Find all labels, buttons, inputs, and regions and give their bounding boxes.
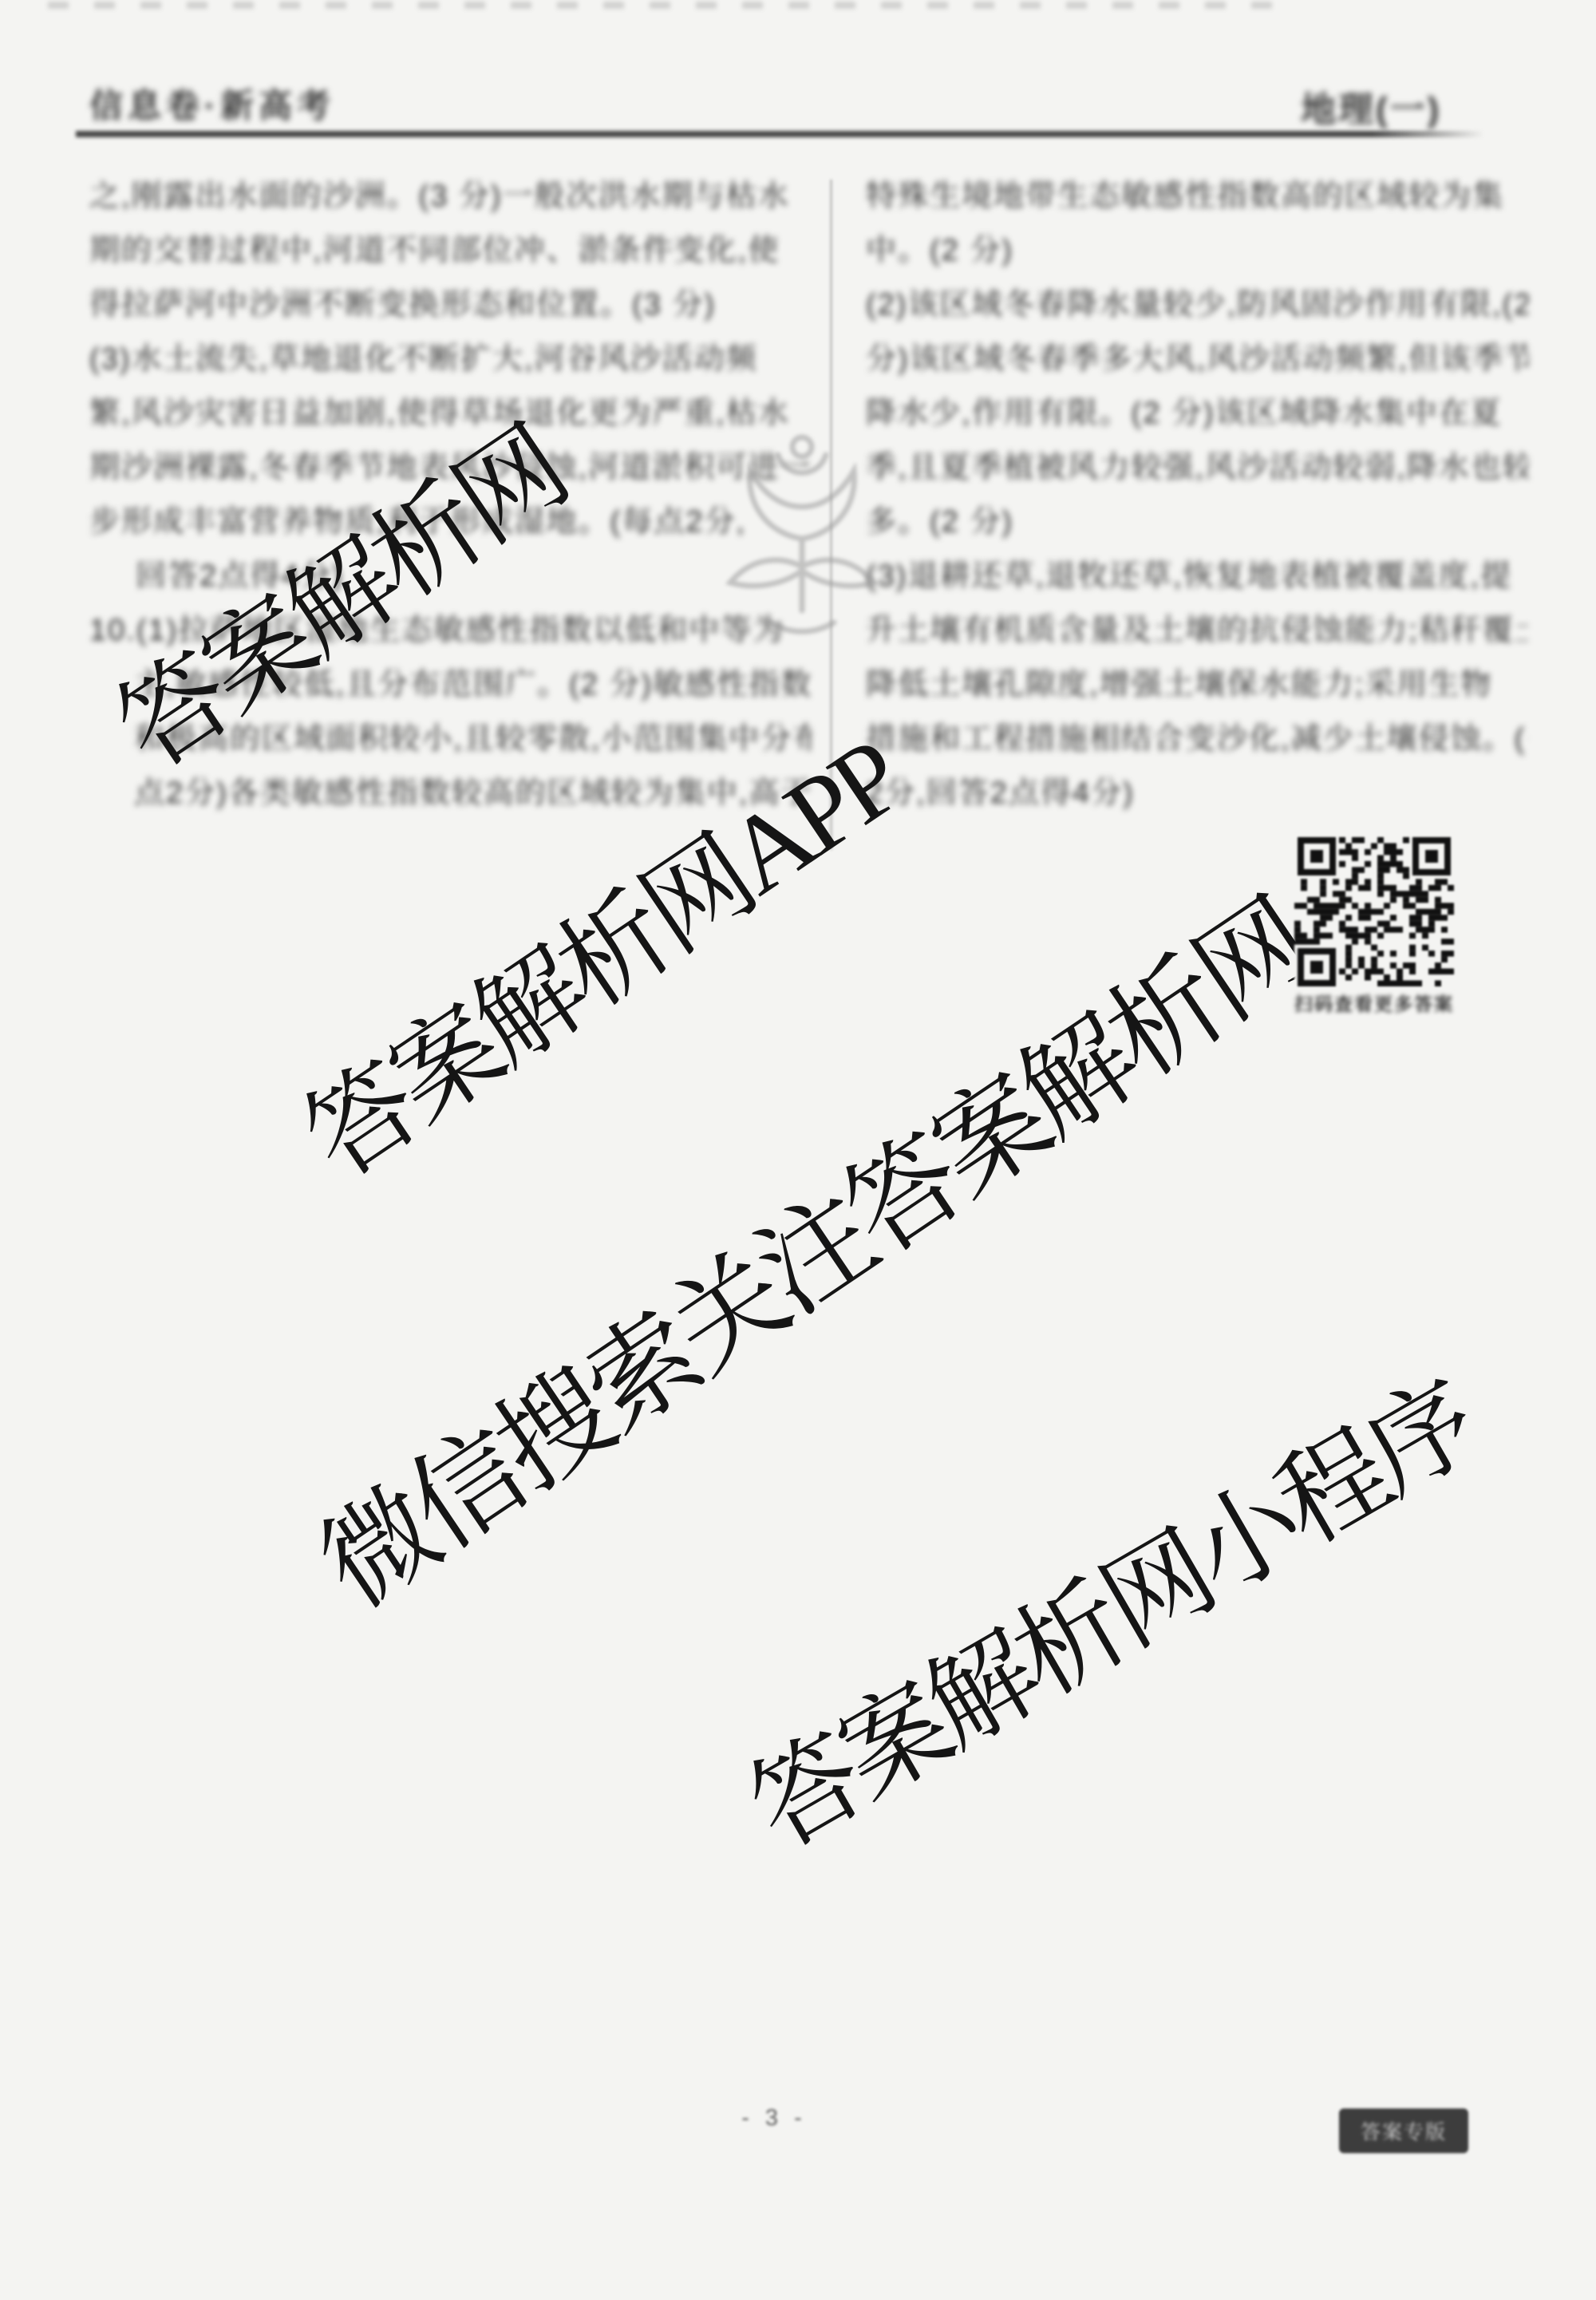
text-line: (3)退耕还草,退牧还草,恢复地表植被覆盖度,提 — [866, 549, 1528, 603]
text-line: 降水少,作用有限。(2 分)该区域降水集中在夏 — [866, 386, 1528, 441]
text-line: 特殊生境地带生态敏感性指数高的区域较为集 — [866, 169, 1528, 223]
footer-badge: 答案专版 — [1339, 2108, 1468, 2153]
footer-badge-label: 答案专版 — [1361, 2116, 1447, 2145]
text-line: (2)该区域冬春降水量较少,防风固沙作用有限,(2 — [866, 278, 1528, 332]
flower-crest-icon — [702, 423, 902, 646]
text-line: 措施和工程措施相结合变沙化,减少土壤侵蚀。(每点 — [866, 712, 1528, 766]
text-line: 分)该区域冬春季多大风,风沙活动频繁,但该季节 — [866, 332, 1528, 386]
text-line: 之,刚露出水面的沙洲。(3 分)一般次洪水期与枯水 — [89, 169, 812, 223]
answer-text-right-column: 特殊生境地带生态敏感性指数高的区域较为集 中。(2 分) (2)该区域冬春降水量… — [866, 169, 1528, 820]
text-line: 多。(2 分) — [866, 495, 1528, 549]
page-number: - 3 - — [718, 2105, 830, 2132]
scanned-answer-page: 信息卷·新高考 地理(一) 之,刚露出水面的沙洲。(3 分)一般次洪水期与枯水 … — [0, 0, 1596, 2300]
text-line: 季,且夏季植被风力较强,风沙活动较弱,降水也较 — [866, 441, 1528, 495]
text-line: 期的交替过程中,河道不同部位冲、淤条件变化,使 — [89, 223, 812, 278]
scan-artifact-strip — [48, 2, 1293, 9]
text-line: 2分,回答2点得4分) — [866, 766, 1528, 820]
header-rule — [76, 131, 1484, 137]
watermark-mini-program: 答案解析网小程序 — [733, 1362, 1495, 1871]
text-line: 中。(2 分) — [866, 223, 1528, 278]
qr-caption: 扫码查看更多答案 — [1286, 990, 1462, 1016]
qr-code — [1294, 834, 1454, 990]
text-line: (3)水土流失,草地退化不断扩大,河谷风沙活动频 — [89, 332, 812, 386]
subject-title: 地理(一) — [1301, 81, 1441, 132]
paper-series-title: 信息卷·新高考 — [89, 80, 335, 128]
text-line: 得拉萨河中沙洲不断变换形态和位置。(3 分) — [89, 278, 812, 332]
text-line: 降低土壤孔隙度,增强土壤保水能力;采用生物 — [866, 658, 1528, 712]
text-line: 升土壤有机质含量及土壤的抗侵蚀能力;秸秆覆土, — [866, 603, 1528, 658]
text-line: 点2分)各类敏感性指数较高的区域较为集中,高于 — [89, 766, 812, 820]
